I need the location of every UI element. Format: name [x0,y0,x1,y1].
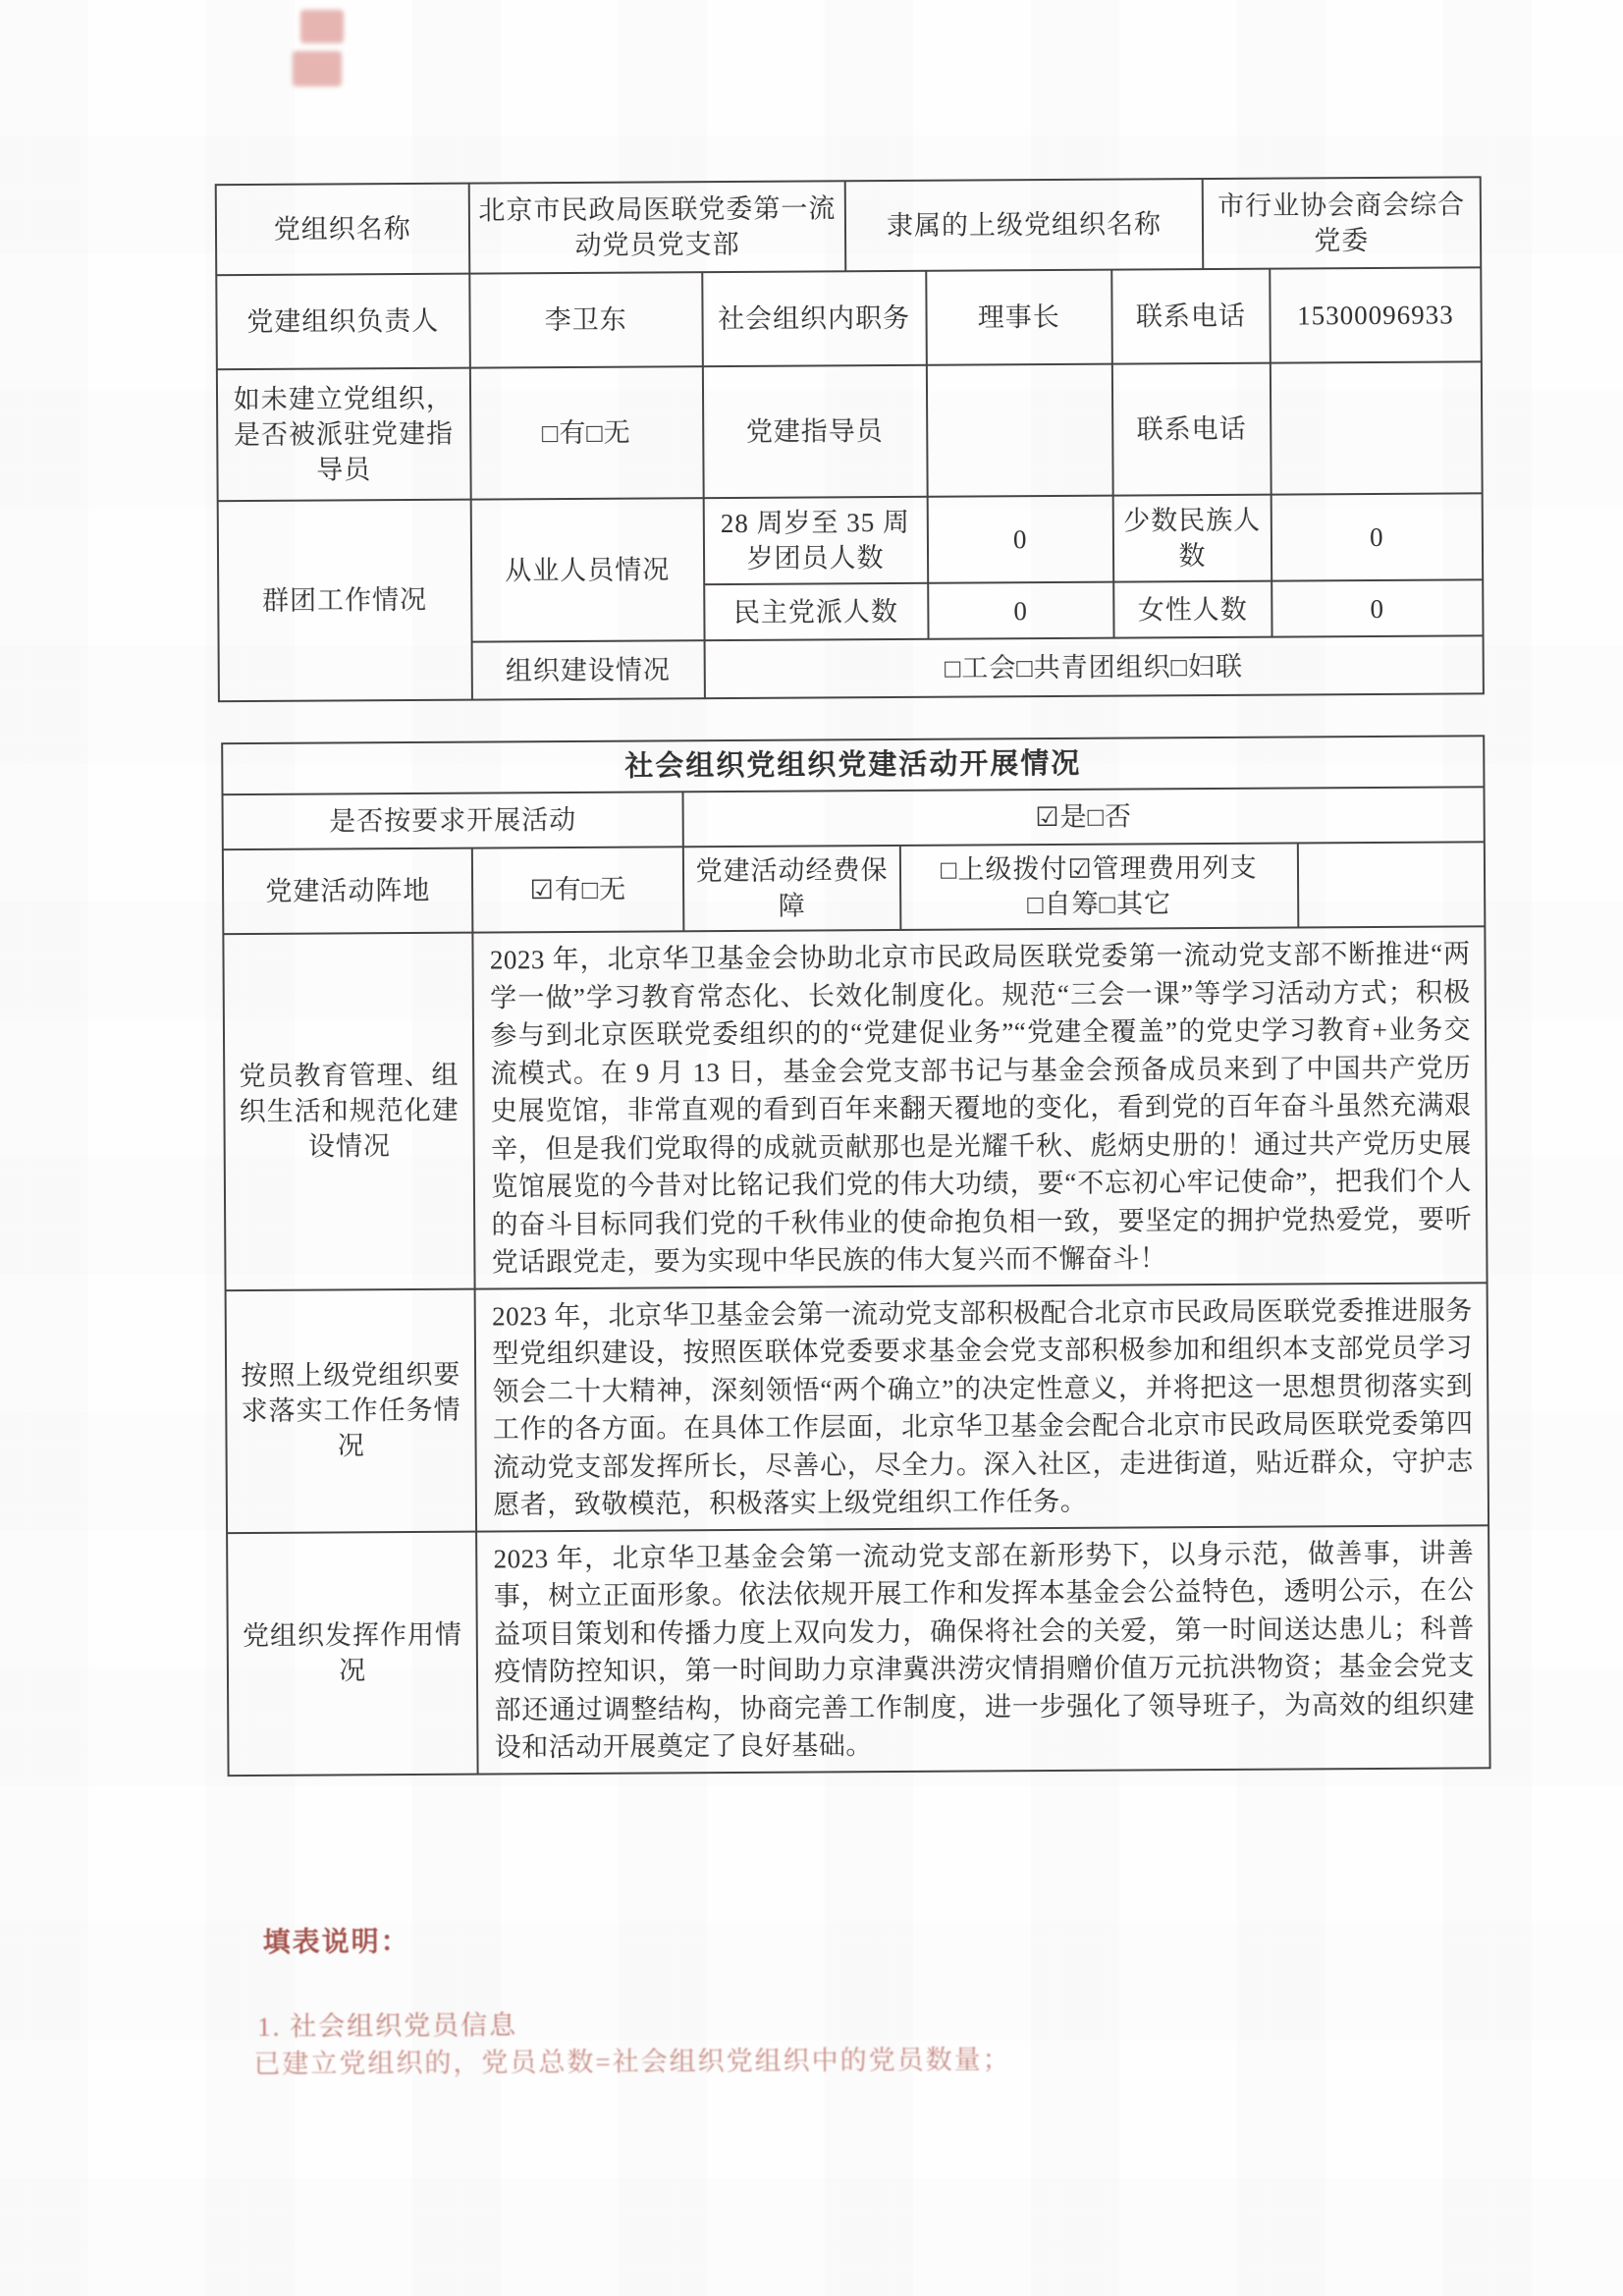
no-org-label: 如未建立党组织，是否被派驻党建指导员 [217,368,470,502]
education-text: 2023 年，北京华卫基金会协助北京市民政局医联党委第一流动党支部不断推进“两学… [473,926,1488,1288]
org-name-label: 党组织名称 [216,184,469,276]
democratic-count-value: 0 [928,582,1114,639]
notes-item-2: 已建立党组织的，党员总数=社会组织党组织中的党员数量； [253,2038,1010,2081]
group-work-label: 群团工作情况 [218,500,472,702]
parent-org-label: 隶属的上级党组织名称 [845,179,1203,271]
education-label: 党员教育管理、组织生活和规范化建设情况 [223,933,475,1290]
democratic-count-label: 民主党派人数 [704,583,928,640]
activity-position-label: 党建活动阵地 [223,848,473,935]
tasks-text: 2023 年，北京华卫基金会第一流动党支部积极配合北京市民政局医联党委推进服务型… [475,1283,1488,1531]
org-build-label: 组织建设情况 [471,640,704,699]
funding-extra-cell [1298,842,1486,927]
leader-label: 党建组织负责人 [216,274,469,370]
youth-count-label: 28 周岁至 35 周岁团员人数 [703,497,928,584]
table-row: 党组织名称 北京市民政局医联党委第一流动党员党支部 隶属的上级党组织名称 市行业… [216,177,1482,275]
phone2-value [1271,361,1483,494]
table-row: 如未建立党组织，是否被派驻党建指导员 □有□无 党建指导员 联系电话 [217,361,1483,501]
table-row: 按照上级党组织要求落实工作任务情况 2023 年，北京华卫基金会第一流动党支部积… [226,1283,1488,1533]
activity-answer-checkboxes: ☑是□否 [683,787,1485,847]
female-count-value: 0 [1271,579,1483,636]
party-org-info-table: 党组织名称 北京市民政局医联党委第一流动党员党支部 隶属的上级党组织名称 市行业… [215,176,1485,702]
role-label: 党组织发挥作用情况 [227,1531,478,1776]
table-row: 党员教育管理、组织生活和规范化建设情况 2023 年，北京华卫基金会协助北京市民… [223,926,1487,1289]
party-activity-table: 社会组织党组织党建活动开展情况 是否按要求开展活动 ☑是□否 党建活动阵地 ☑有… [221,735,1490,1776]
female-count-label: 女性人数 [1113,581,1271,638]
funding-checkboxes: □上级拨付☑管理费用列支 □自筹□其它 [900,843,1298,929]
role-text: 2023 年，北京华卫基金会第一流动党支部在新形势下，以身示范，做善事，讲善事，… [477,1525,1490,1774]
advisor-value [926,364,1112,497]
phone2-label: 联系电话 [1112,363,1271,496]
table-row: 党建组织负责人 李卫东 社会组织内职务 理事长 联系电话 15300096933 [216,267,1482,369]
scanned-document-page: 党组织名称 北京市民政局医联党委第一流动党员党支部 隶属的上级党组织名称 市行业… [0,0,1623,2296]
table-row: 党建活动阵地 ☑有□无 党建活动经费保障 □上级拨付☑管理费用列支 □自筹□其它 [223,842,1486,934]
position-label: 社会组织内职务 [702,271,927,366]
advisor-label: 党建指导员 [702,365,927,498]
phone-label: 联系电话 [1111,269,1271,364]
table-row: 是否按要求开展活动 ☑是□否 [223,787,1485,849]
parent-org-value: 市行业协会商会综合党委 [1202,177,1481,269]
section-title: 社会组织党组织党建活动开展情况 [222,736,1484,794]
phone-value: 15300096933 [1270,267,1482,362]
notes-title: 填表说明： [263,1920,410,1960]
funding-label: 党建活动经费保障 [683,846,901,931]
staff-label: 从业人员情况 [470,498,704,641]
tasks-label: 按照上级党组织要求落实工作任务情况 [226,1288,477,1533]
org-build-checkboxes: □工会□共青团组织□妇联 [704,635,1484,698]
leader-value: 李卫东 [469,272,703,367]
no-org-checkboxes: □有□无 [469,366,703,499]
table-row: 群团工作情况 从业人员情况 28 周岁至 35 周岁团员人数 0 少数民族人数 … [218,493,1484,587]
youth-count-value: 0 [927,496,1113,583]
minority-count-label: 少数民族人数 [1113,495,1272,582]
position-value: 理事长 [926,270,1112,365]
activity-question-label: 是否按要求开展活动 [223,792,683,849]
table-row: 党组织发挥作用情况 2023 年，北京华卫基金会第一流动党支部在新形势下，以身示… [227,1525,1489,1776]
org-name-value: 北京市民政局医联党委第一流动党员党支部 [468,181,845,273]
activity-position-checkboxes: ☑有□无 [472,847,683,932]
notes-item-1: 1. 社会组织党员信息 [257,2003,517,2044]
scan-content: 党组织名称 北京市民政局医联党委第一流动党员党支部 隶属的上级党组织名称 市行业… [0,0,1623,2296]
minority-count-value: 0 [1271,493,1484,580]
table-row: 社会组织党组织党建活动开展情况 [222,736,1484,794]
